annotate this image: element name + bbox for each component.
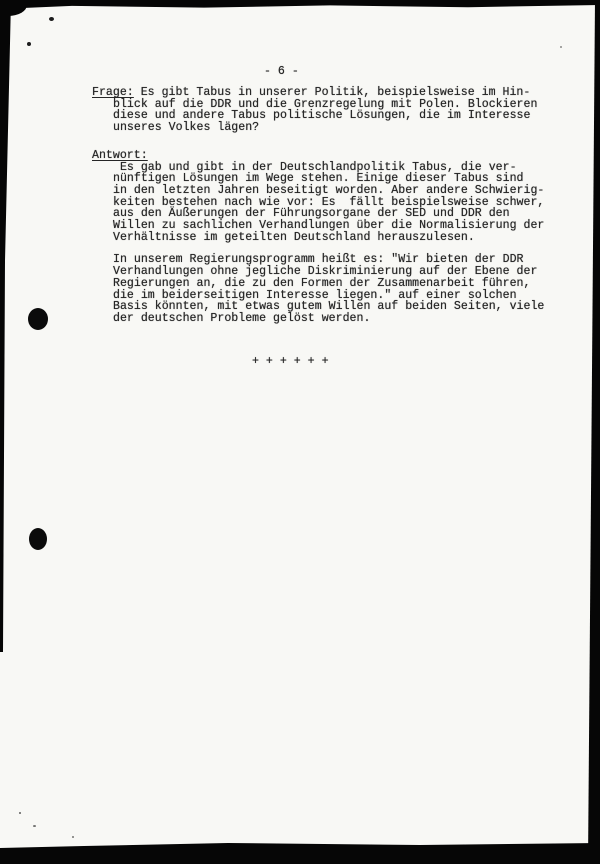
question-text: Es gibt Tabus in unserer Politik, beispi… [113,86,537,134]
scan-speck [72,836,74,838]
page-number: - 6 - [264,66,299,78]
scan-speck [19,812,21,814]
scan-speck [560,46,562,48]
scan-border-right [588,0,600,864]
answer-text: Es gab und gibt in der Deutschlandpoliti… [113,161,544,244]
scanned-document-page: - 6 - Frage: Es gibt Tabus in unserer Po… [0,0,600,864]
scan-speck [27,42,31,46]
hole-punch-dot [28,308,48,330]
scan-corner-artifact [0,0,27,16]
document-body: Frage: Es gibt Tabus in unserer Politik,… [92,87,532,367]
hole-punch-dot [29,528,47,550]
separator-plus-signs: + + + + + + [252,356,532,368]
scan-border-left [0,0,12,652]
scan-speck [49,17,54,21]
question-paragraph: Frage: Es gibt Tabus in unserer Politik,… [92,87,532,134]
scan-border-top [0,0,600,9]
answer-paragraph: Antwort: Es gab und gibt in der Deutschl… [92,150,532,244]
scan-border-bottom [0,843,600,864]
scan-speck [33,825,36,827]
closing-paragraph: In unserem Regierungsprogramm heißt es: … [92,254,532,324]
